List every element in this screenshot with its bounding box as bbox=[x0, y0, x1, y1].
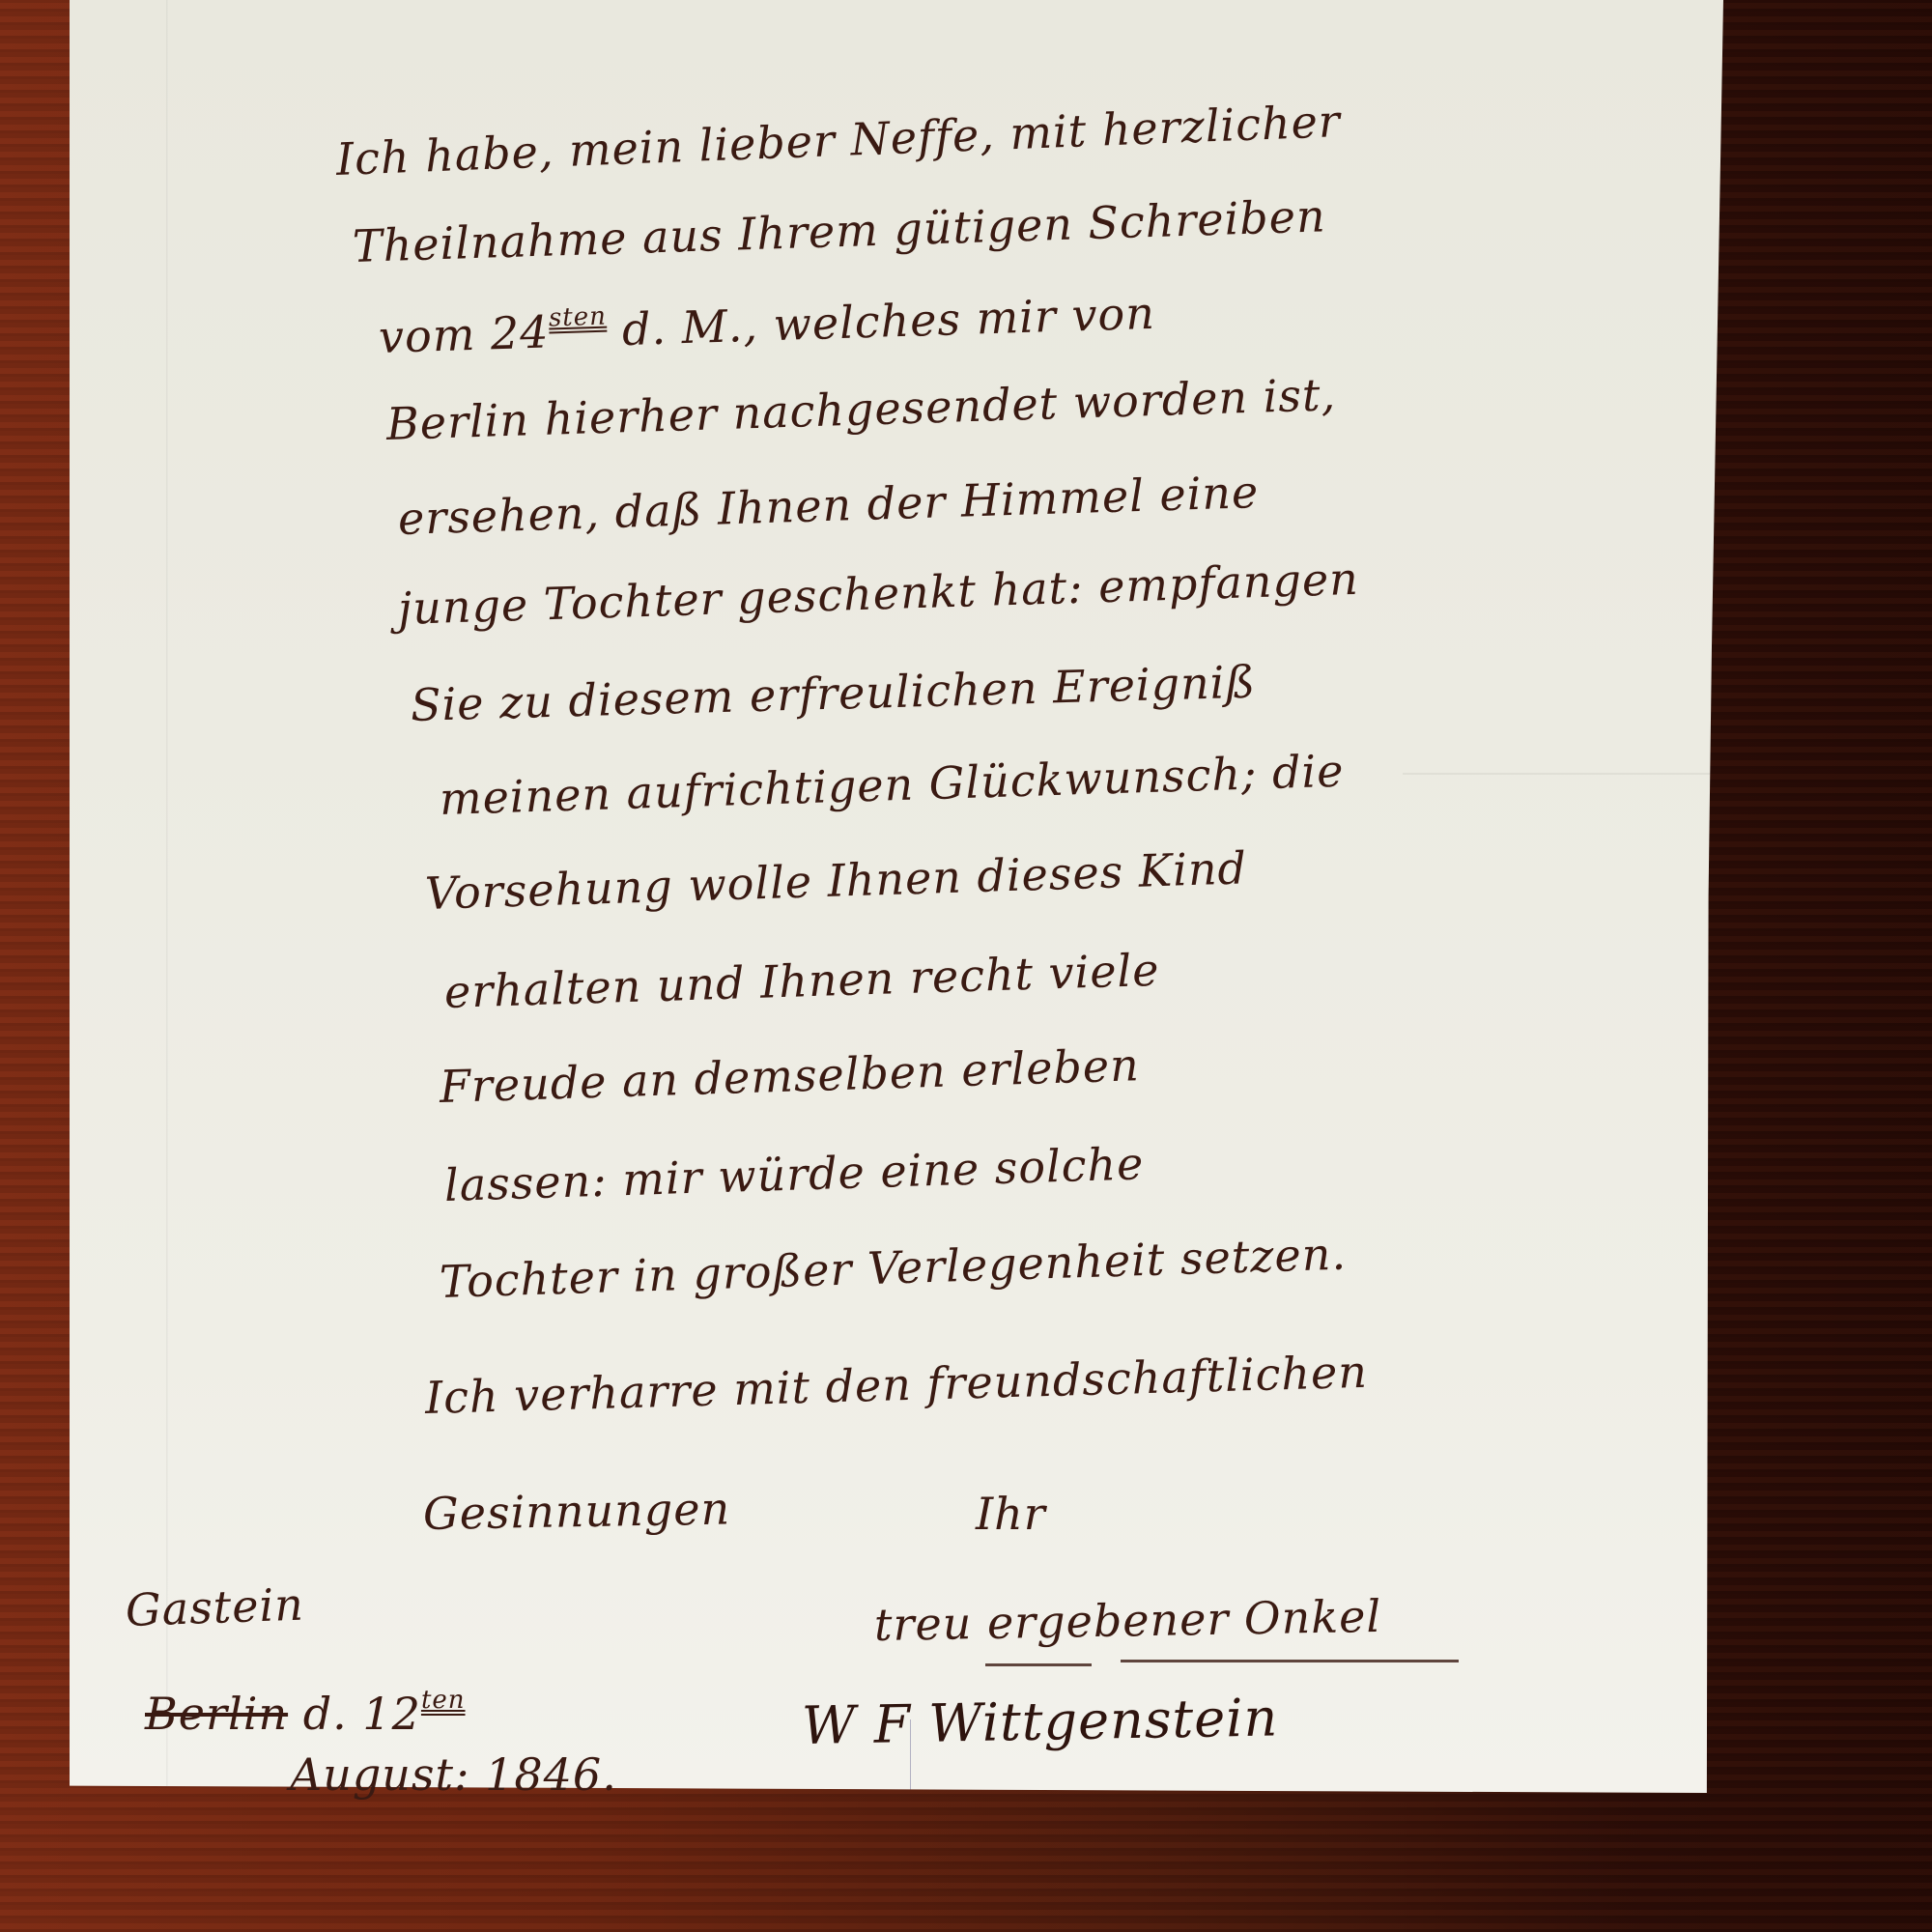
closing-salutation: Ihr bbox=[976, 1488, 1046, 1540]
letter-line-15: Gesinnungen bbox=[423, 1482, 731, 1540]
dateline-place-struck: Berlin bbox=[145, 1688, 288, 1740]
dateline-month-year: August: 1846. bbox=[290, 1748, 617, 1801]
paper-fold-vertical bbox=[166, 0, 168, 1793]
dateline-day-row: Berlin d. 12ten bbox=[145, 1686, 466, 1740]
dateline-day-suffix: ten bbox=[421, 1686, 466, 1715]
signature: W F Wittgenstein bbox=[801, 1687, 1278, 1756]
dateline-day: d. 12 bbox=[303, 1688, 421, 1740]
signature-flourish-right bbox=[1121, 1660, 1459, 1662]
paper-fold-horizontal bbox=[1403, 773, 1721, 775]
signature-flourish-left bbox=[985, 1663, 1092, 1666]
closing-phrase: treu ergebener Onkel bbox=[874, 1590, 1382, 1651]
date-day: vom 24 bbox=[378, 305, 550, 363]
date-suffix: sten bbox=[549, 302, 608, 333]
dateline-place: Gastein bbox=[125, 1578, 305, 1636]
